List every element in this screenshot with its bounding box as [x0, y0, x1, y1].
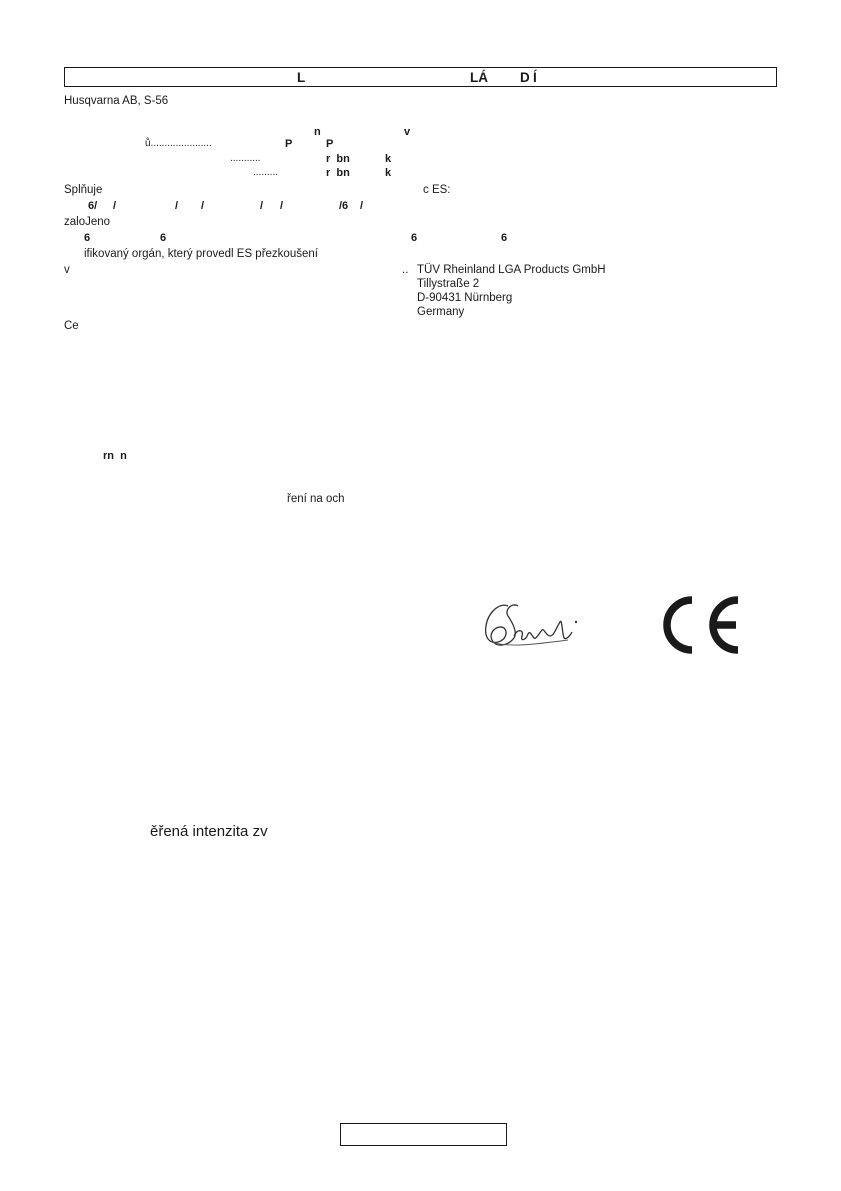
product-fragment: k [385, 154, 391, 165]
directive-fragment: / [280, 201, 283, 212]
signature-image [478, 592, 588, 656]
product-fragment: n [314, 127, 321, 138]
product-fragment: r bn [326, 168, 350, 179]
standard-fragment: 6 [411, 233, 417, 244]
product-dots: ........... [230, 154, 261, 164]
directive-fragment: / [360, 201, 363, 212]
directive-fragment: / [113, 201, 116, 212]
complies-label: Splňuje [64, 185, 102, 197]
page-number-box [340, 1123, 507, 1146]
notified-body-label: ifikovaný orgán, který provedl ES přezko… [84, 249, 318, 261]
directive-fragment: /6 [339, 201, 348, 212]
title-fragment: Í [533, 70, 537, 85]
title-fragment: D [520, 70, 530, 85]
based-on-label: zaloJeno [64, 217, 110, 229]
notified-body-prefix: v [64, 265, 70, 277]
product-dots: ů...................... [145, 139, 212, 149]
notified-body-street: Tillystraße 2 [417, 279, 479, 291]
notified-body-city: D-90431 Nürnberg [417, 293, 512, 305]
notified-body-country: Germany [417, 307, 464, 319]
notified-body-name: TÜV Rheinland LGA Products GmbH [417, 265, 606, 277]
product-fragment: P [285, 139, 292, 150]
product-fragment: P [326, 139, 333, 150]
product-fragment: r bn [326, 154, 350, 165]
directive-fragment: / [260, 201, 263, 212]
noise-fragment: ěřená intenzita zv [150, 824, 268, 839]
declaration-title-box: L LÁ Í D [64, 67, 777, 87]
directive-fragment: / [175, 201, 178, 212]
title-fragment: L [297, 70, 305, 85]
manufacturer: Husqvarna AB, S-56 [64, 96, 168, 108]
protection-fragment: ření na och [287, 494, 345, 506]
standard-fragment: 6 [501, 233, 507, 244]
standard-fragment: 6 [84, 233, 90, 244]
place-fragment: rn n [103, 451, 127, 462]
ce-mark-icon [658, 596, 742, 654]
title-fragment: LÁ [470, 70, 488, 85]
directive-fragment: 6/ [88, 201, 97, 212]
product-dots: ......... [253, 168, 278, 178]
directive-suffix: c ES: [423, 185, 450, 197]
product-fragment: v [404, 127, 410, 138]
product-fragment: k [385, 168, 391, 179]
standard-fragment: 6 [160, 233, 166, 244]
ce-label: Ce [64, 321, 79, 333]
notified-body-dots: .. [402, 265, 408, 277]
directive-fragment: / [201, 201, 204, 212]
